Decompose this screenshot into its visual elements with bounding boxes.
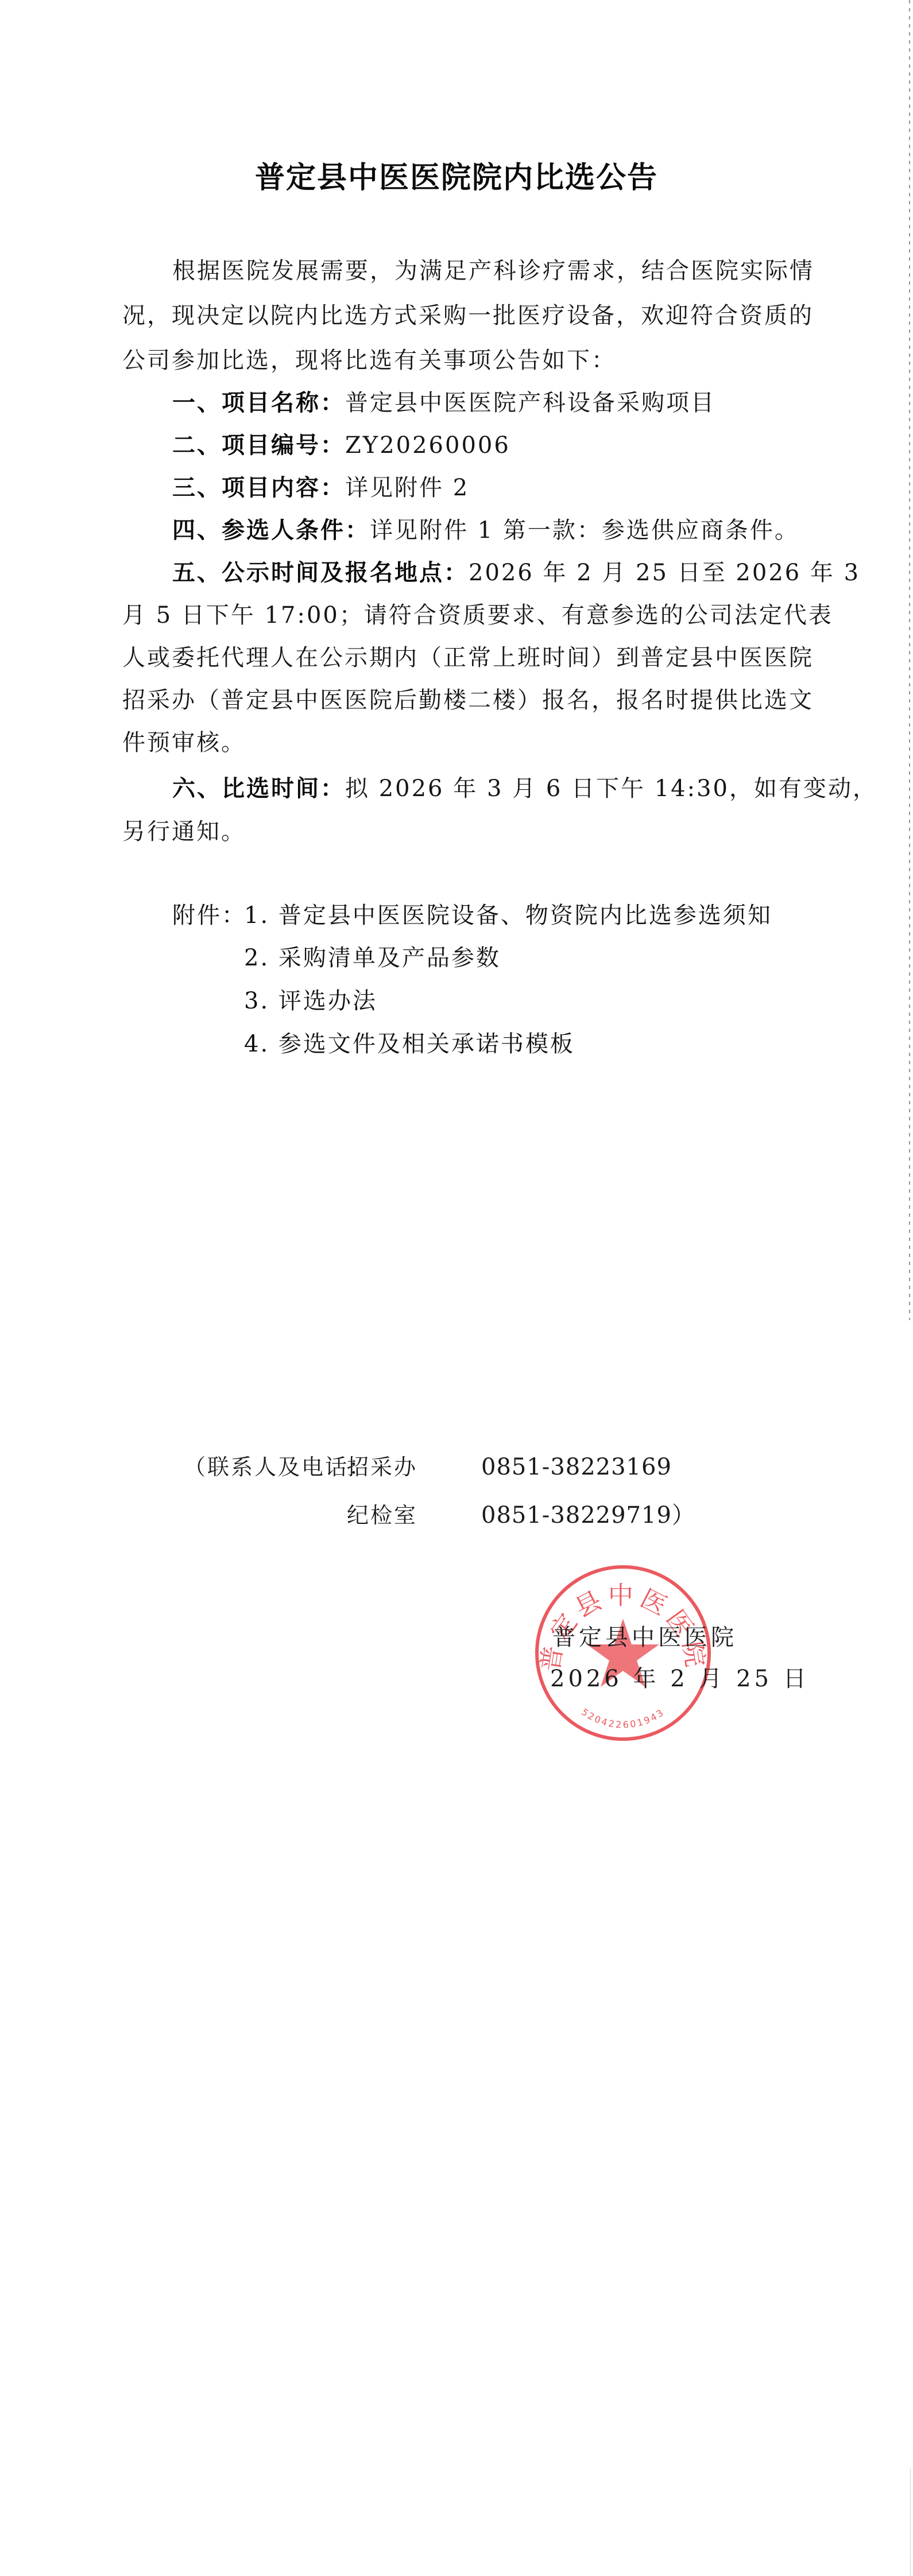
attachments-label: 附件： [172, 902, 246, 929]
item-value: 详见附件 2 [345, 475, 469, 501]
item-project-name: 一、项目名称：普定县中医医院产科设备采购项目 [172, 389, 844, 417]
attachment-4: 4. 参选文件及相关承诺书模板 [244, 1030, 575, 1058]
signature-date: 2026 年 2 月 25 日 [550, 1666, 810, 1692]
item-5-continuation-2: 人或委托代理人在公示期内（正常上班时间）到普定县中医医院 [122, 644, 794, 672]
contacts-prefix: （联系人及电话： [184, 1454, 372, 1480]
official-seal-stamp: 普定县中医医院 520422601943 [534, 1564, 712, 1742]
item-value: 普定县中医医院产科设备采购项目 [345, 390, 715, 416]
item-label: 三、项目内容： [172, 475, 345, 501]
document-page: 普定县中医医院院内比选公告 根据医院发展需要，为满足产科诊疗需求，结合医院实际情… [0, 0, 913, 2576]
signature-org: 普定县中医医院 [552, 1624, 737, 1651]
attachment-3: 3. 评选办法 [244, 987, 377, 1015]
item-6-continuation-1: 另行通知。 [122, 818, 794, 845]
item-5-continuation-4: 件预审核。 [122, 729, 794, 756]
item-label: 五、公示时间及报名地点： [172, 560, 469, 586]
intro-line-3: 公司参加比选，现将比选有关事项公告如下： [122, 347, 794, 374]
item-selection-time: 六、比选时间：拟 2026 年 3 月 6 日下午 14:30，如有变动， [172, 775, 844, 802]
item-label: 二、项目编号： [172, 432, 345, 459]
document-title: 普定县中医医院院内比选公告 [0, 160, 913, 196]
intro-line-2: 况，现决定以院内比选方式采购一批医疗设备，欢迎符合资质的 [122, 302, 794, 329]
item-value: ZY20260006 [345, 432, 510, 459]
item-label: 六、比选时间： [172, 775, 345, 802]
scan-edge-artifact [909, 0, 910, 1320]
item-label: 一、项目名称： [172, 390, 345, 416]
scan-edge-artifact-lower [910, 2468, 911, 2576]
item-value: 2026 年 2 月 25 日至 2026 年 3 [469, 560, 860, 586]
item-project-number: 二、项目编号：ZY20260006 [172, 432, 844, 459]
item-value: 详见附件 1 第一款：参选供应商条件。 [370, 517, 799, 544]
contact-dept-procurement: 招采办 [347, 1454, 417, 1480]
item-project-content: 三、项目内容：详见附件 2 [172, 474, 844, 502]
item-5-continuation-1: 月 5 日下午 17:00；请符合资质要求、有意参选的公司法定代表 [122, 602, 794, 629]
attachment-1: 1. 普定县中医医院设备、物资院内比选参选须知 [244, 902, 772, 929]
item-publicity-and-registration: 五、公示时间及报名地点：2026 年 2 月 25 日至 2026 年 3 [172, 559, 844, 587]
item-label: 四、参选人条件： [172, 517, 370, 544]
svg-text:520422601943: 520422601943 [579, 1706, 667, 1731]
intro-line-1: 根据医院发展需要，为满足产科诊疗需求，结合医院实际情 [172, 257, 844, 285]
contact-dept-discipline: 纪检室 [347, 1502, 417, 1528]
contact-phone-procurement: 0851-38223169 [481, 1454, 672, 1480]
item-5-continuation-3: 招采办（普定县中医医院后勤楼二楼）报名，报名时提供比选文 [122, 686, 794, 714]
attachment-2: 2. 采购清单及产品参数 [244, 944, 501, 972]
contact-phone-discipline: 0851-38229719） [481, 1502, 695, 1528]
item-participant-conditions: 四、参选人条件：详见附件 1 第一款：参选供应商条件。 [172, 517, 844, 544]
item-value: 拟 2026 年 3 月 6 日下午 14:30，如有变动， [345, 775, 877, 802]
